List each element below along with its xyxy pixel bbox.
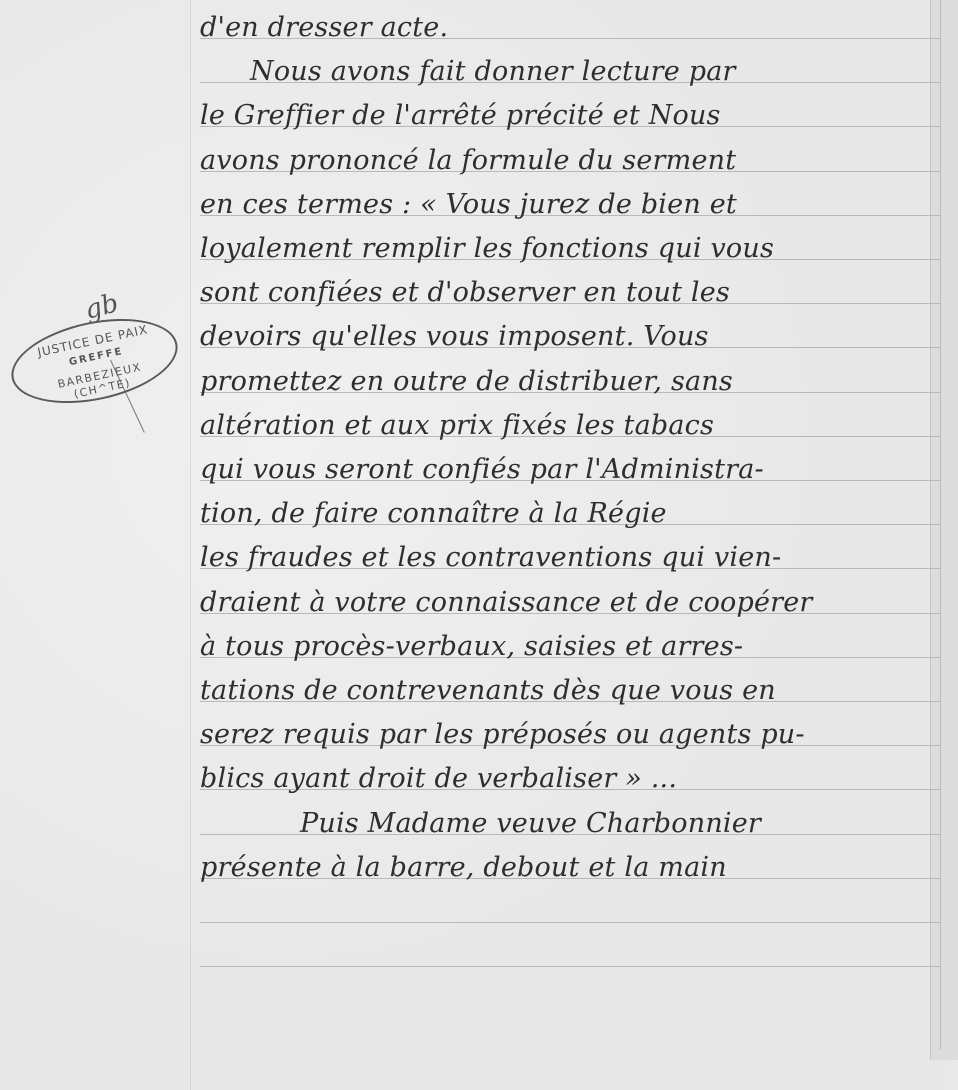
text-line: altération et aux prix fixés les tabacs [200,412,940,439]
text-line: le Greffier de l'arrêté précité et Nous [200,102,940,129]
text-line: les fraudes et les contraventions qui vi… [200,544,940,571]
margin-line [190,0,191,1090]
text-line: promettez en outre de distribuer, sans [200,368,940,395]
ruled-line [200,922,940,923]
text-line: tations de contrevenants dès que vous en [200,677,940,704]
text-line: serez requis par les préposés ou agents … [200,721,940,748]
text-line: en ces termes : « Vous jurez de bien et [200,191,940,218]
text-line: blics ayant droit de verbaliser » ... [200,765,940,792]
text-line: devoirs qu'elles vous imposent. Vous [200,323,940,350]
text-line: Nous avons fait donner lecture par [200,58,958,85]
text-line: sont confiées et d'observer en tout les [200,279,940,306]
text-line: loyalement remplir les fonctions qui vou… [200,235,940,262]
ruled-line [200,966,940,967]
text-line: d'en dresser acte. [200,14,940,41]
text-line: Puis Madame veuve Charbonnier [200,810,958,837]
text-line: présente à la barre, debout et la main [200,854,940,881]
text-line: qui vous seront confiés par l'Administra… [200,456,940,483]
text-line: tion, de faire connaître à la Régie [200,500,940,527]
page-edge [940,0,941,1050]
text-line: avons prononcé la formule du serment [200,147,940,174]
text-line: à tous procès-verbaux, saisies et arres- [200,633,940,660]
text-line: draient à votre connaissance et de coopé… [200,589,940,616]
